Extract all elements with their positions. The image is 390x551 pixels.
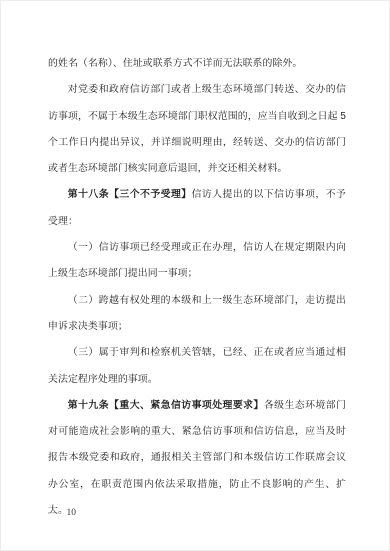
text-run: 的姓名（名称）、住址或联系方式不详而无法联系的除外。: [48, 58, 302, 69]
paragraph: 第十九条【重大、紧急信访事项处理要求】各级生态环境部门对可能造成社会影响的重大、…: [48, 393, 346, 524]
text-run: 各级生态环境部门对可能造成社会影响的重大、紧急信访事项和信访信息，应当及时报告本…: [48, 400, 346, 516]
text-run: （一）信访事项已经受理或正在办理，信访人在规定期限内向上级生态环境部门提出同一事…: [48, 242, 346, 279]
footer-dash: —: [48, 507, 58, 518]
paragraph: 的姓名（名称）、住址或联系方式不详而无法联系的除外。: [48, 51, 346, 77]
paragraph: （三）属于审判和检察机关管辖，已经、正在或者应当通过相关法定程序处理的事项。: [48, 340, 346, 393]
document-page: 的姓名（名称）、住址或联系方式不详而无法联系的除外。对党委和政府信访部门或者上级…: [0, 0, 390, 551]
article-heading: 第十九条【重大、紧急信访事项处理要求】: [68, 400, 264, 411]
paragraph: 对党委和政府信访部门或者上级生态环境部门转送、交办的信访事项，不属于本级生态环境…: [48, 77, 346, 182]
text-run: （三）属于审判和检察机关管辖，已经、正在或者应当通过相关法定程序处理的事项。: [48, 347, 346, 384]
article-heading: 第十八条【三个不予受理】: [68, 189, 192, 200]
text-run: （二）跨越有权处理的本级和上一级生态环境部门，走访提出申诉求决类事项；: [48, 295, 346, 332]
paragraph: （二）跨越有权处理的本级和上一级生态环境部门，走访提出申诉求决类事项；: [48, 288, 346, 341]
page-footer: —10: [48, 505, 76, 521]
document-text-block: 的姓名（名称）、住址或联系方式不详而无法联系的除外。对党委和政府信访部门或者上级…: [48, 51, 346, 524]
page-number: 10: [67, 508, 77, 518]
text-run: 对党委和政府信访部门或者上级生态环境部门转送、交办的信访事项，不属于本级生态环境…: [48, 84, 346, 174]
paragraph: 第十八条【三个不予受理】信访人提出的以下信访事项，不予受理：: [48, 182, 346, 235]
paragraph: （一）信访事项已经受理或正在办理，信访人在规定期限内向上级生态环境部门提出同一事…: [48, 235, 346, 288]
